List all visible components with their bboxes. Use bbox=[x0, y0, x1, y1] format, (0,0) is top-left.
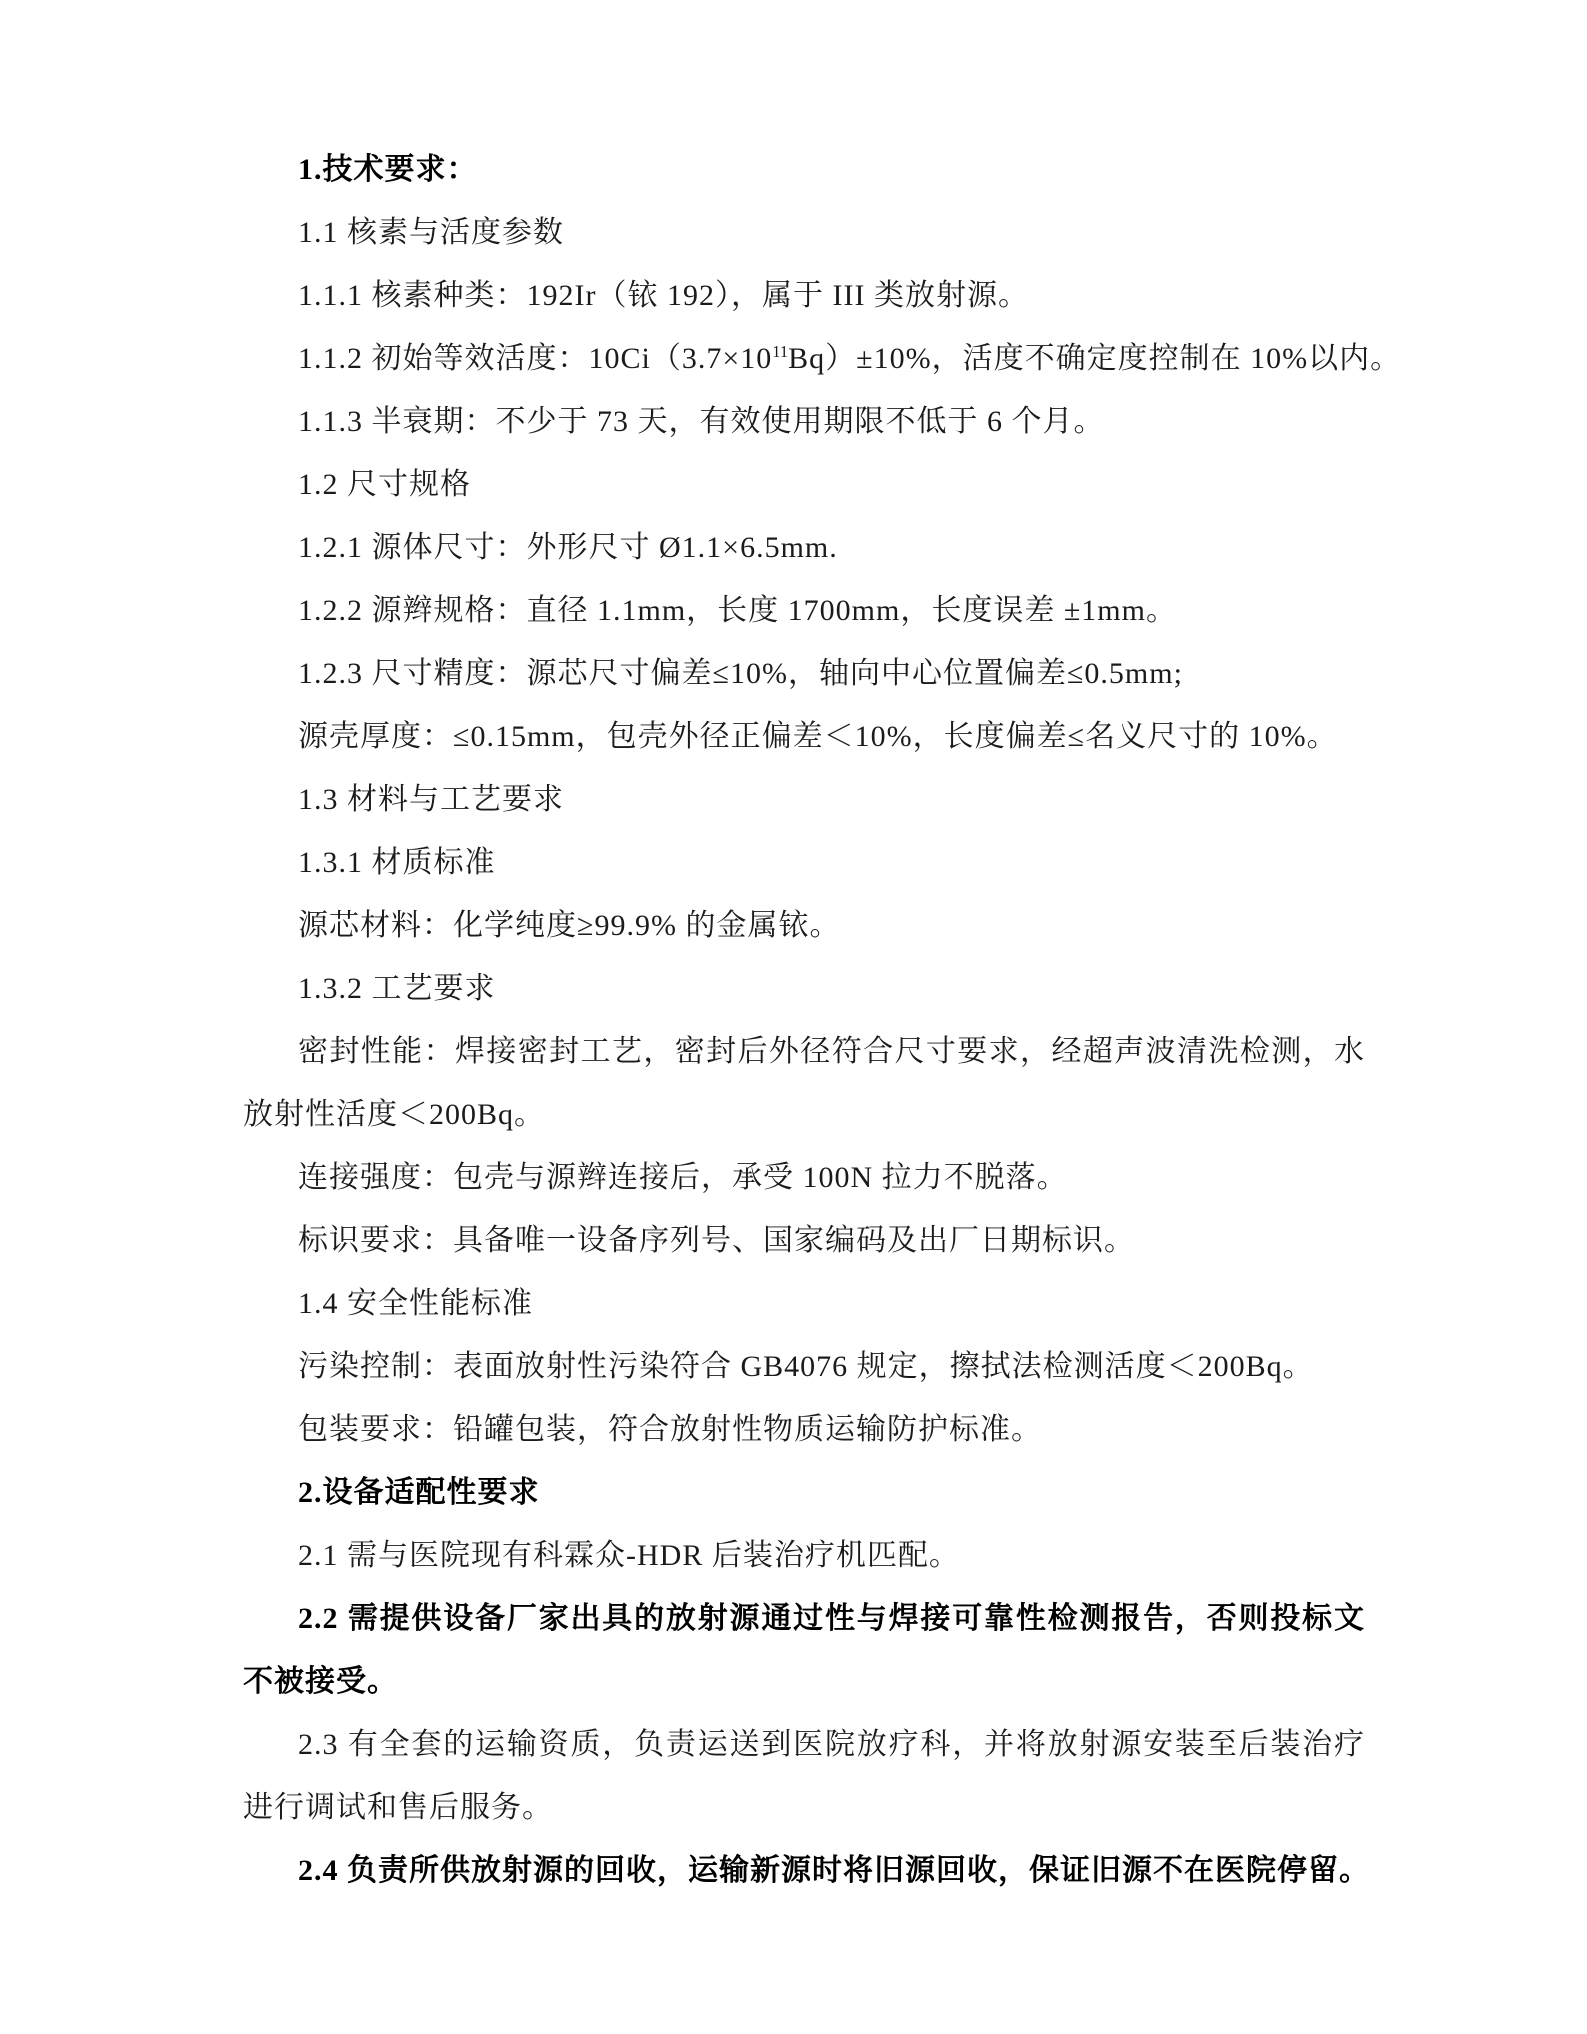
clause-2-1-hdr-match: 2.1 需与医院现有科霖众-HDR 后装治疗机匹配。 bbox=[243, 1524, 1365, 1587]
clause-2-2-test-report-cont: 不被接受。 bbox=[243, 1650, 1365, 1713]
clause-1-1-2-text-pre: 1.1.2 初始等效活度：10Ci（3.7×10 bbox=[298, 342, 772, 375]
superscript-exponent: 11 bbox=[772, 342, 788, 361]
heading-1-1-nuclide-activity: 1.1 核素与活度参数 bbox=[243, 201, 1365, 264]
clause-sealing-performance-cont: 放射性活度＜200Bq。 bbox=[243, 1083, 1365, 1146]
clause-contamination-control: 污染控制：表面放射性污染符合 GB4076 规定，擦拭法检测活度＜200Bq。 bbox=[243, 1335, 1365, 1398]
heading-2-equipment-compatibility: 2.设备适配性要求 bbox=[243, 1461, 1365, 1524]
clause-marking-requirement: 标识要求：具备唯一设备序列号、国家编码及出厂日期标识。 bbox=[243, 1209, 1365, 1272]
heading-1-3-2-process-requirement: 1.3.2 工艺要求 bbox=[243, 957, 1365, 1020]
clause-1-2-1-source-size: 1.2.1 源体尺寸：外形尺寸 Ø1.1×6.5mm. bbox=[243, 516, 1365, 579]
heading-1-2-dimensions: 1.2 尺寸规格 bbox=[243, 453, 1365, 516]
clause-1-1-1-nuclide-type: 1.1.1 核素种类：192Ir（铱 192），属于 III 类放射源。 bbox=[243, 264, 1365, 327]
clause-core-material: 源芯材料：化学纯度≥99.9% 的金属铱。 bbox=[243, 894, 1365, 957]
clause-1-2-2-braid-spec: 1.2.2 源辫规格：直径 1.1mm，长度 1700mm，长度误差 ±1mm。 bbox=[243, 579, 1365, 642]
clause-2-3-transport: 2.3 有全套的运输资质，负责运送到医院放疗科，并将放射源安装至后装治疗机上 bbox=[243, 1713, 1365, 1776]
clause-2-3-transport-cont: 进行调试和售后服务。 bbox=[243, 1776, 1365, 1839]
clause-sealing-performance: 密封性能：焊接密封工艺，密封后外径符合尺寸要求，经超声波清洗检测，水溶液 bbox=[243, 1020, 1365, 1083]
document-content: 1.技术要求： 1.1 核素与活度参数 1.1.1 核素种类：192Ir（铱 1… bbox=[243, 138, 1365, 1902]
clause-packaging-requirement: 包装要求：铅罐包装，符合放射性物质运输防护标准。 bbox=[243, 1398, 1365, 1461]
clause-connection-strength: 连接强度：包壳与源辫连接后，承受 100N 拉力不脱落。 bbox=[243, 1146, 1365, 1209]
clause-2-2-test-report: 2.2 需提供设备厂家出具的放射源通过性与焊接可靠性检测报告，否则投标文件将 bbox=[243, 1587, 1365, 1650]
clause-2-4-recycle: 2.4 负责所供放射源的回收，运输新源时将旧源回收，保证旧源不在医院停留。 bbox=[243, 1839, 1365, 1902]
clause-1-1-3-half-life: 1.1.3 半衰期：不少于 73 天，有效使用期限不低于 6 个月。 bbox=[243, 390, 1365, 453]
heading-1-3-1-material-standard: 1.3.1 材质标准 bbox=[243, 831, 1365, 894]
heading-1-4-safety-standard: 1.4 安全性能标准 bbox=[243, 1272, 1365, 1335]
clause-1-1-2-initial-activity: 1.1.2 初始等效活度：10Ci（3.7×1011Bq）±10%，活度不确定度… bbox=[243, 327, 1365, 390]
clause-1-2-3-shell-thickness: 源壳厚度：≤0.15mm，包壳外径正偏差＜10%，长度偏差≤名义尺寸的 10%。 bbox=[243, 705, 1365, 768]
document-page: 1.技术要求： 1.1 核素与活度参数 1.1.1 核素种类：192Ir（铱 1… bbox=[0, 0, 1587, 2034]
clause-1-2-3-precision: 1.2.3 尺寸精度：源芯尺寸偏差≤10%，轴向中心位置偏差≤0.5mm; bbox=[243, 642, 1365, 705]
heading-1-technical-requirements: 1.技术要求： bbox=[243, 138, 1365, 201]
clause-1-1-2-text-post: Bq）±10%，活度不确定度控制在 10%以内。 bbox=[788, 342, 1401, 375]
heading-1-3-material-process: 1.3 材料与工艺要求 bbox=[243, 768, 1365, 831]
